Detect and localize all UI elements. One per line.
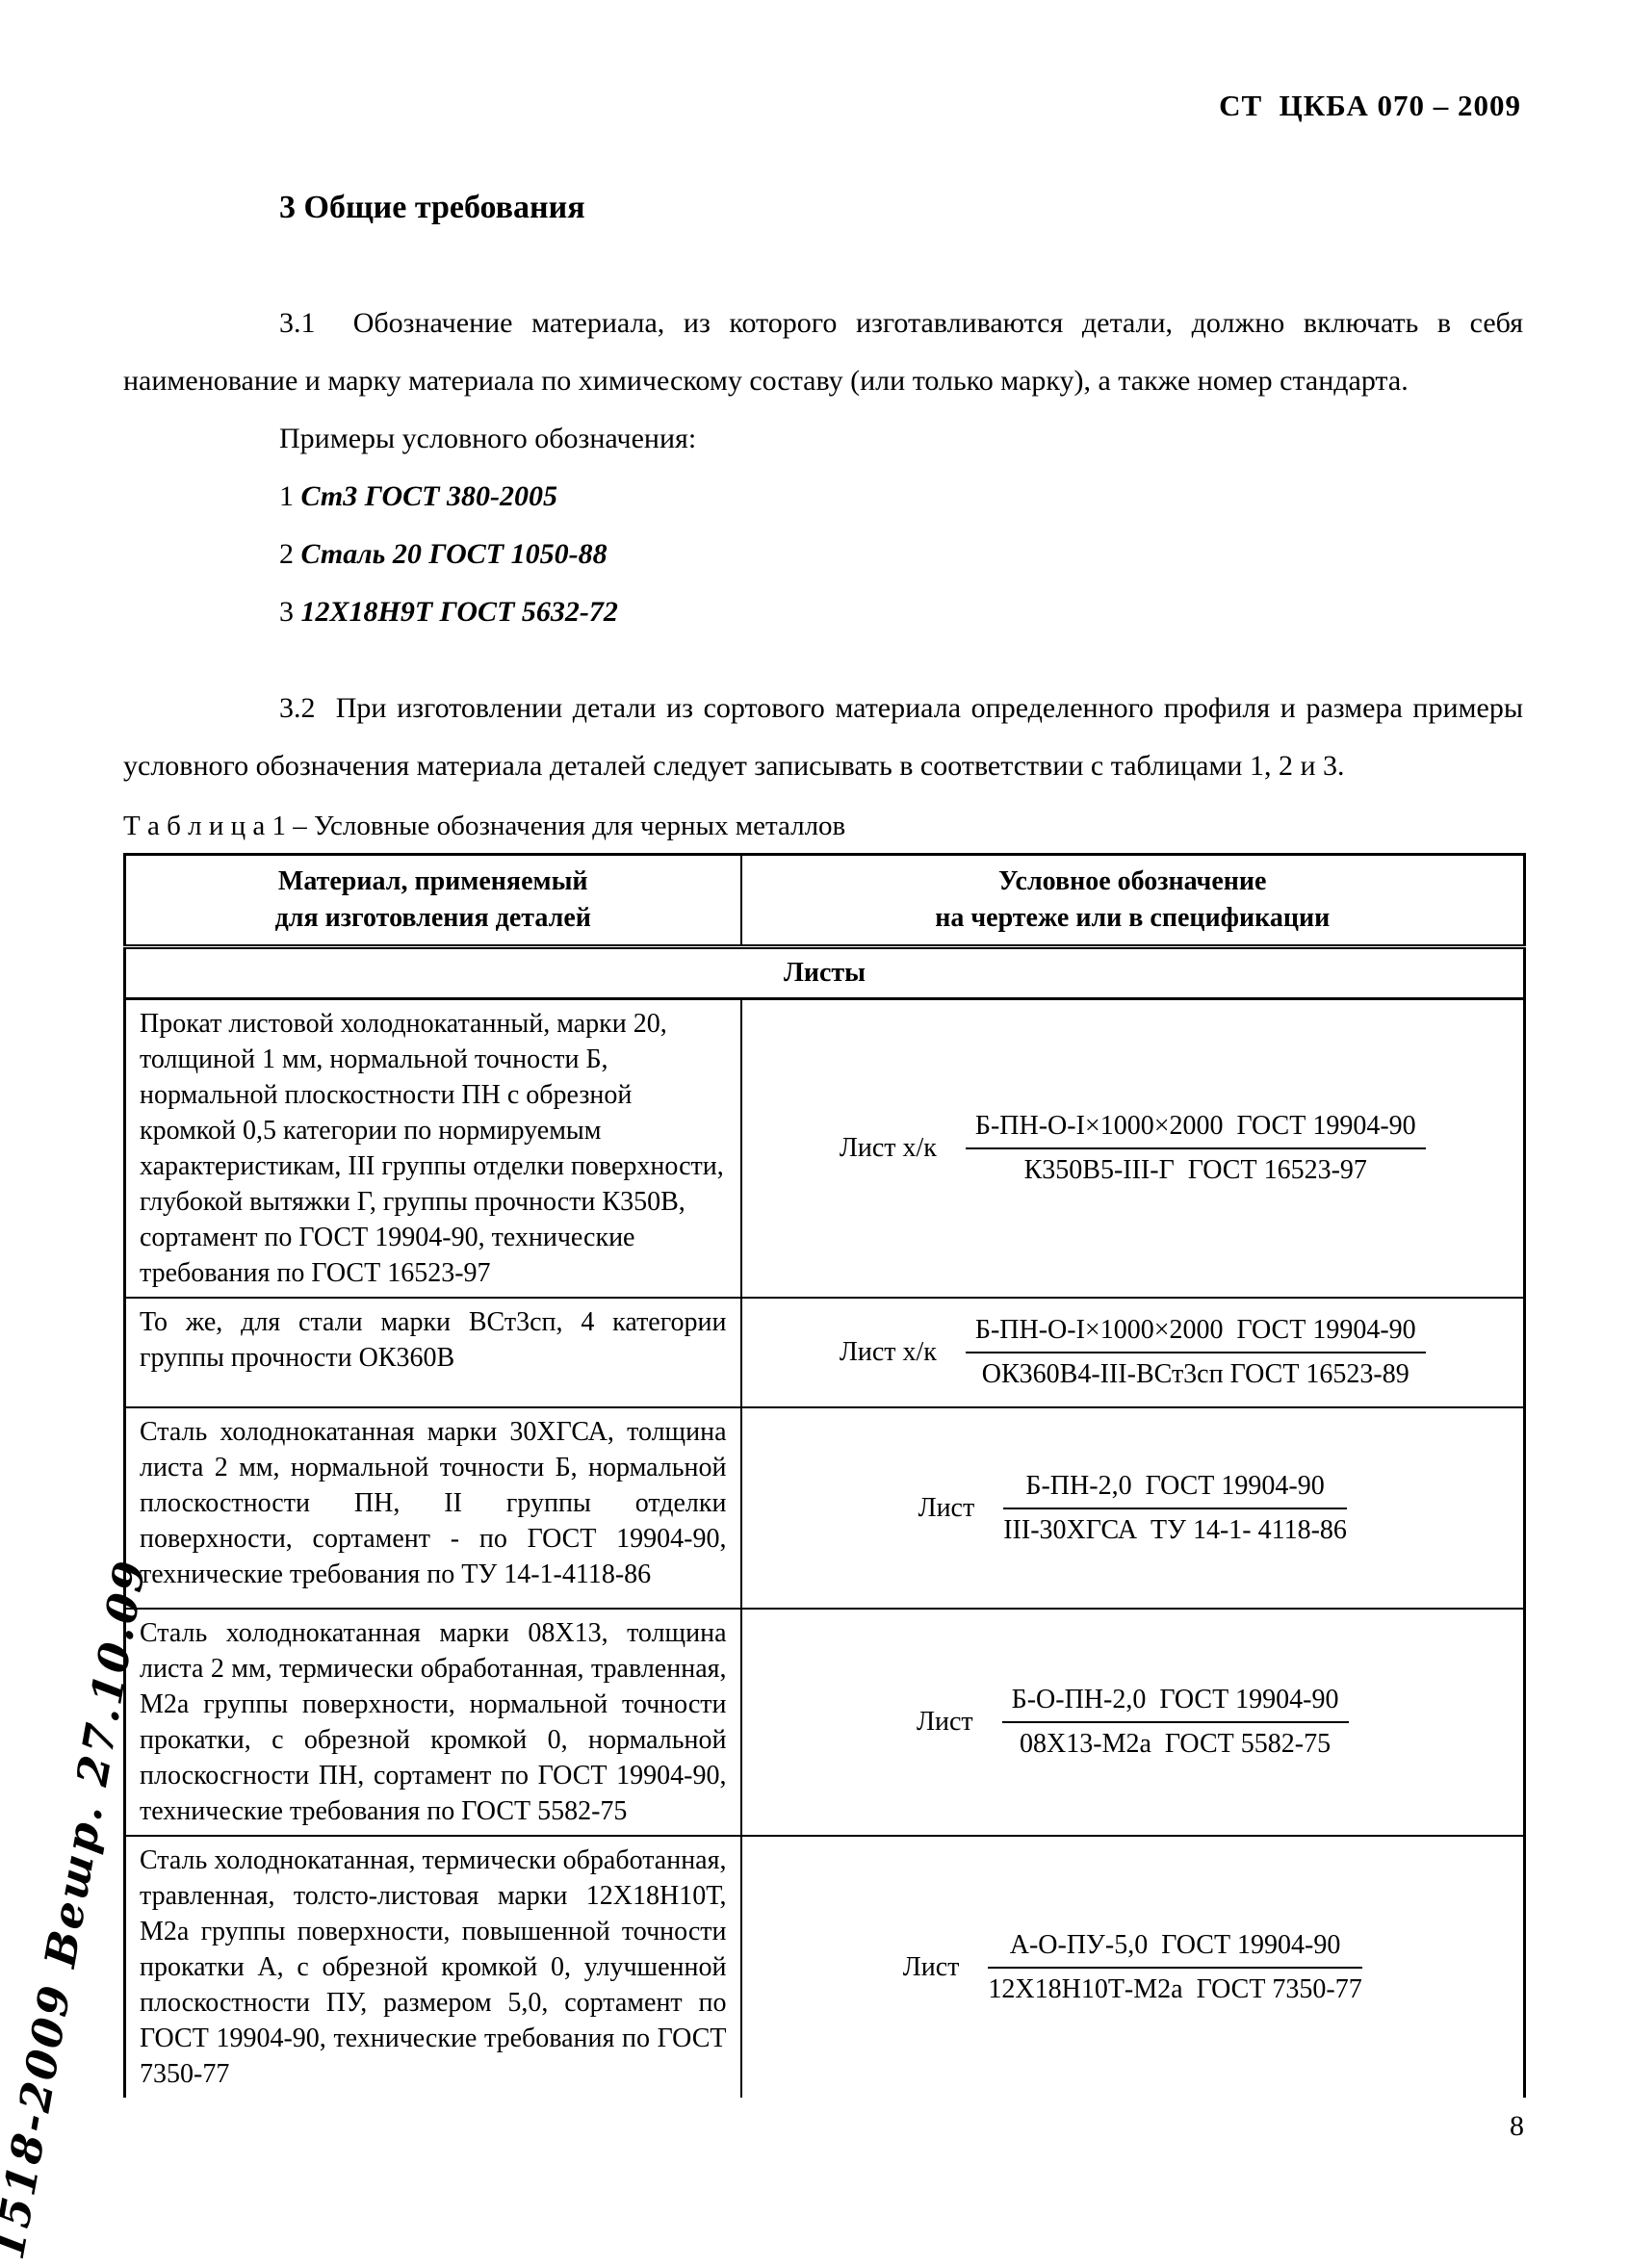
group-header-sheets: Листы xyxy=(125,947,1525,999)
designation-fraction: Лист х/к Б-ПН-О-I×1000×2000 ГОСТ 19904-9… xyxy=(756,1107,1511,1190)
page-number: 8 xyxy=(1510,2110,1524,2143)
designation-formula: Б-ПН-О-I×1000×2000 ГОСТ 19904-90 К350В5-… xyxy=(966,1107,1426,1190)
example-item: 3 12Х18Н9Т ГОСТ 5632-72 xyxy=(279,583,1523,641)
table-row: Сталь холоднокатанная марки 30ХГСА, толщ… xyxy=(125,1407,1525,1609)
designation-fraction: Лист Б-ПН-2,0 ГОСТ 19904-90 III-30ХГСА Т… xyxy=(756,1467,1511,1550)
fraction-numerator: Б-ПН-О-I×1000×2000 ГОСТ 19904-90 xyxy=(966,1107,1426,1149)
material-cell: Сталь холоднокатанная марки 30ХГСА, толщ… xyxy=(125,1407,741,1609)
table-row: Прокат листовой холоднокатанный, марки 2… xyxy=(125,999,1525,1299)
table-row: То же, для стали марки ВСт3сп, 4 категор… xyxy=(125,1298,1525,1407)
table-row: Сталь холоднокатанная, термически обрабо… xyxy=(125,1836,1525,2098)
sheet-type-label: Лист х/к xyxy=(840,1133,937,1164)
col-header-designation-line2: на чертеже или в спецификации xyxy=(752,900,1514,937)
example-number: 2 xyxy=(279,538,294,570)
designation-cell: Лист х/к Б-ПН-О-I×1000×2000 ГОСТ 19904-9… xyxy=(741,1298,1525,1407)
table-header-row: Материал, применяемый для изготовления д… xyxy=(125,855,1525,947)
fraction-numerator: Б-ПН-2,0 ГОСТ 19904-90 xyxy=(1003,1467,1347,1509)
col-header-material: Материал, применяемый для изготовления д… xyxy=(125,855,741,947)
section-heading: 3 Общие требования xyxy=(279,189,1523,227)
designation-fraction: Лист Б-О-ПН-2,0 ГОСТ 19904-90 08Х13-М2а … xyxy=(756,1681,1511,1764)
material-cell: Сталь холоднокатанная, термически обрабо… xyxy=(125,1836,741,2098)
sheet-type-label: Лист х/к xyxy=(840,1337,937,1368)
designation-formula: А-О-ПУ-5,0 ГОСТ 19904-90 12Х18Н10Т-М2а Г… xyxy=(988,1926,1361,2009)
sheet-type-label: Лист xyxy=(903,1952,960,1983)
col-header-designation-line1: Условное обозначение xyxy=(752,863,1514,900)
example-number: 1 xyxy=(279,480,294,512)
fraction-numerator: А-О-ПУ-5,0 ГОСТ 19904-90 xyxy=(988,1926,1361,1969)
table-caption: Т а б л и ц а 1 – Условные обозначения д… xyxy=(123,807,1523,845)
example-text: Ст3 ГОСТ 380-2005 xyxy=(301,480,557,512)
sheet-type-label: Лист xyxy=(918,1493,975,1524)
document-body: 3 Общие требования 3.1 Обозначение матер… xyxy=(123,189,1523,2098)
example-item: 2 Сталь 20 ГОСТ 1050-88 xyxy=(279,526,1523,583)
sheet-type-label: Лист xyxy=(917,1707,973,1738)
example-item: 1 Ст3 ГОСТ 380-2005 xyxy=(279,468,1523,526)
material-cell: Сталь холоднокатанная марки 08Х13, толщи… xyxy=(125,1609,741,1836)
designation-cell: Лист Б-ПН-2,0 ГОСТ 19904-90 III-30ХГСА Т… xyxy=(741,1407,1525,1609)
designation-formula: Б-ПН-О-I×1000×2000 ГОСТ 19904-90 ОК360В4… xyxy=(966,1311,1426,1394)
fraction-numerator: Б-О-ПН-2,0 ГОСТ 19904-90 xyxy=(1002,1681,1349,1723)
example-text: Сталь 20 ГОСТ 1050-88 xyxy=(301,538,608,570)
designation-cell: Лист х/к Б-ПН-О-I×1000×2000 ГОСТ 19904-9… xyxy=(741,999,1525,1299)
designation-fraction: Лист А-О-ПУ-5,0 ГОСТ 19904-90 12Х18Н10Т-… xyxy=(756,1926,1511,2009)
materials-table: Материал, применяемый для изготовления д… xyxy=(123,853,1526,2098)
designation-cell: Лист Б-О-ПН-2,0 ГОСТ 19904-90 08Х13-М2а … xyxy=(741,1609,1525,1836)
material-cell: Прокат листовой холоднокатанный, марки 2… xyxy=(125,999,741,1299)
fraction-numerator: Б-ПН-О-I×1000×2000 ГОСТ 19904-90 xyxy=(966,1311,1426,1353)
designation-fraction: Лист х/к Б-ПН-О-I×1000×2000 ГОСТ 19904-9… xyxy=(756,1311,1511,1394)
fraction-denominator: 12Х18Н10Т-М2а ГОСТ 7350-77 xyxy=(988,1969,1361,2009)
fraction-denominator: ОК360В4-III-ВСт3сп ГОСТ 16523-89 xyxy=(966,1353,1426,1394)
example-number: 3 xyxy=(279,596,294,628)
col-header-material-line1: Материал, применяемый xyxy=(136,863,731,900)
col-header-designation: Условное обозначение на чертеже или в сп… xyxy=(741,855,1525,947)
material-cell: То же, для стали марки ВСт3сп, 4 категор… xyxy=(125,1298,741,1407)
example-text: 12Х18Н9Т ГОСТ 5632-72 xyxy=(301,596,618,628)
fraction-denominator: 08Х13-М2а ГОСТ 5582-75 xyxy=(1002,1723,1349,1764)
standard-reference: СТ ЦКБА 070 – 2009 xyxy=(1219,89,1521,123)
col-header-material-line2: для изготовления деталей xyxy=(136,900,731,937)
table-row: Сталь холоднокатанная марки 08Х13, толщи… xyxy=(125,1609,1525,1836)
designation-formula: Б-О-ПН-2,0 ГОСТ 19904-90 08Х13-М2а ГОСТ … xyxy=(1002,1681,1349,1764)
fraction-denominator: III-30ХГСА ТУ 14-1- 4118-86 xyxy=(1003,1509,1347,1550)
designation-cell: Лист А-О-ПУ-5,0 ГОСТ 19904-90 12Х18Н10Т-… xyxy=(741,1836,1525,2098)
group-header-row: Листы xyxy=(125,947,1525,999)
fraction-denominator: К350В5-III-Г ГОСТ 16523-97 xyxy=(966,1149,1426,1190)
examples-intro: Примеры условного обозначения: xyxy=(279,410,1523,468)
paragraph-3-2: 3.2 При изготовлении детали из сортового… xyxy=(123,680,1523,795)
designation-formula: Б-ПН-2,0 ГОСТ 19904-90 III-30ХГСА ТУ 14-… xyxy=(1003,1467,1347,1550)
paragraph-3-1: 3.1 Обозначение материала, из которого и… xyxy=(123,295,1523,410)
